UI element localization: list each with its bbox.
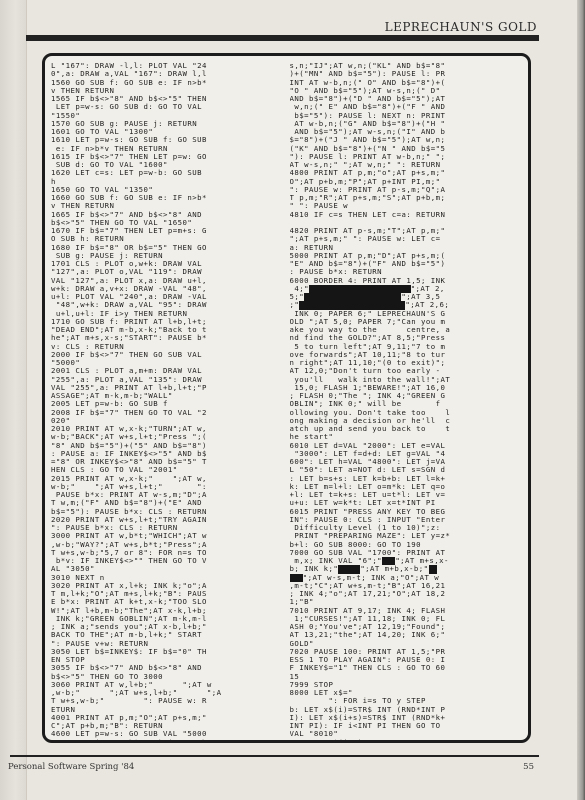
code-line: T w+s,w-b;" ": PAUSE w: R [51,697,286,705]
code-listing: L "167": DRAW -l,l: PLOT VAL "240",a: DR… [42,53,531,743]
listing-right-column: s,n;"IJ";AT w,n;("KL" AND b$="8")+("MN" … [290,62,525,740]
code-line: ; INK 4;"o";AT 17,21;"O";AT 18,2 [290,590,525,598]
page-edge-shadow [577,0,585,800]
code-line: F INKEY$="1" THEN CLS : GO TO 60 [290,664,525,672]
code-line: LET p=w-s: GO SUB d: GO TO VAL [51,103,286,111]
code-line: 2008 IF b$="7" THEN GO TO VAL "2 [51,409,286,417]
code-line: ": FOR n=(m AND b$="8")+(x AND b [51,739,286,741]
code-line: 1620 LET c=s: LET p=w-b: GO SUB [51,169,286,177]
footer-publication: Personal Software Spring '84 [8,762,134,772]
udg-graphic-block [304,293,401,301]
code-line: 6000 BORDER 4: PRINT AT 1,5; INK [290,277,525,285]
code-line: 2000 IF b$<>"7" THEN GO SUB VAL [51,351,286,359]
code-line: 8005 IF x$(i-s)<>"7" AND RND<VAL [290,739,525,741]
code-line: 4810 IF c=s THEN LET c=a: RETURN [290,211,525,219]
footer-rule [10,755,539,757]
header-rule [26,35,539,41]
code-line: AT 13,21;"the";AT 14,20; INK 6;" [290,631,525,639]
code-line: 3050 LET b$=INKEY$: IF b$="0" TH [51,648,286,656]
udg-graphic-block [309,285,411,293]
running-head: LEPRECHAUN'S GOLD [385,20,537,34]
page-number: 55 [523,762,534,772]
page-gutter [0,0,27,800]
listing-left-column: L "167": DRAW -l,l: PLOT VAL "240",a: DR… [51,62,286,740]
